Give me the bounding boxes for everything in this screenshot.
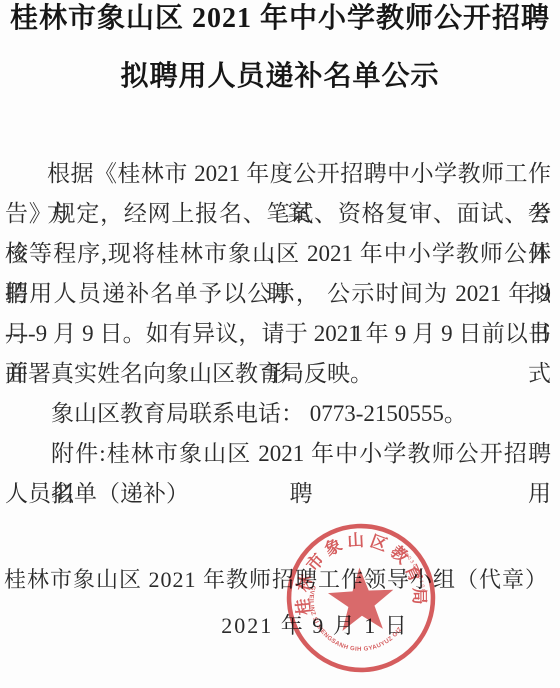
body-line-7-contact-phone: 象山区教育局联系电话： 0773-2150555。	[5, 394, 551, 434]
seal-star	[327, 566, 396, 632]
signature-org: 桂林市象山区 2021 年教师招聘工作领导小组（代章）	[0, 560, 548, 600]
body-line-3: 检等程序,现将桂林市象山区 2021 年中小学教师公开招聘拟	[5, 234, 551, 274]
official-seal: 桂林市象山区教育局 GVEILINZ SI SIENGSANH GIH GYAU…	[281, 518, 441, 678]
body-line-1: 根据《桂林市 2021 年度公开招聘中小学教师工作方案公	[5, 154, 551, 194]
body-line-4: 聘用人员递补名单予以公示， 公示时间为 2021 年 9 月 1 日	[5, 274, 551, 314]
body-line-5: ----9 月 9 日。如有异议，请于 2021 年 9 月 9 日前以书面形式	[5, 314, 551, 354]
announcement-page: 桂林市象山区 2021 年中小学教师公开招聘 拟聘用人员递补名单公示 根据《桂林…	[0, 0, 560, 688]
body-line-8-attachment: 附件:桂林市象山区 2021 年中小学教师公开招聘拟聘用	[5, 434, 551, 474]
title-line-1: 桂林市象山区 2021 年中小学教师公开招聘	[0, 0, 560, 48]
document-body: 根据《桂林市 2021 年度公开招聘中小学教师工作方案公 告》规定，经网上报名、…	[5, 154, 551, 514]
title-line-2: 拟聘用人员递补名单公示	[0, 48, 560, 106]
body-line-2: 告》规定，经网上报名、笔试、资格复审、面试、考核、体	[5, 194, 551, 234]
document-title: 桂林市象山区 2021 年中小学教师公开招聘 拟聘用人员递补名单公示	[0, 0, 560, 106]
